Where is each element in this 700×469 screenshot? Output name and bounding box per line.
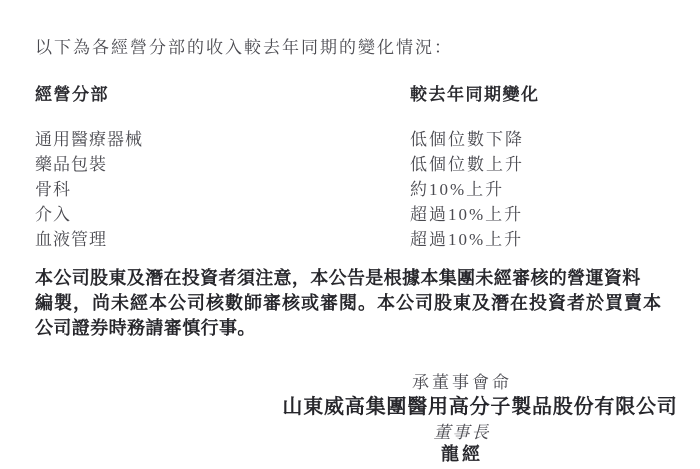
announcement-page: 以下為各經營分部的收入較去年同期的變化情況： 經營分部較去年同期變化 通用醫療器…: [0, 0, 700, 469]
signature-company-name: 山東威高集團醫用高分子製品股份有限公司: [230, 390, 700, 419]
segment-change: 超過10%上升: [410, 205, 523, 224]
table-row: 藥品包裝低個位數上升: [35, 152, 524, 177]
table-row: 介入超過10%上升: [35, 202, 524, 227]
table-header-row: 經營分部較去年同期變化: [35, 80, 540, 105]
table-row: 血液管理超過10%上升: [35, 227, 524, 252]
disclaimer-line: 公司證券時務請審慎行事。: [35, 316, 667, 341]
table-header-segment: 經營分部: [35, 80, 410, 105]
table-row: 通用醫療器械低個位數下降: [35, 127, 524, 152]
segment-name: 通用醫療器械: [35, 127, 410, 152]
signature-chairman-name: 龍經: [212, 440, 700, 466]
segment-name: 介入: [35, 202, 410, 227]
segment-table-rows: 通用醫療器械低個位數下降藥品包裝低個位數上升骨科約10%上升介入超過10%上升血…: [35, 127, 524, 252]
segment-change: 約10%上升: [410, 180, 504, 199]
table-row: 骨科約10%上升: [35, 177, 524, 202]
intro-text: 以下為各經營分部的收入較去年同期的變化情況：: [35, 33, 453, 58]
segment-change: 低個位數上升: [410, 155, 524, 174]
segment-name: 骨科: [35, 177, 410, 202]
segment-name: 血液管理: [35, 227, 410, 252]
segment-change: 低個位數下降: [410, 130, 524, 149]
disclaimer-line: 本公司股東及潛在投資者須注意，本公告是根據本集團未經審核的營運資料: [35, 266, 667, 291]
segment-change: 超過10%上升: [410, 230, 523, 249]
disclaimer-paragraph: 本公司股東及潛在投資者須注意，本公告是根據本集團未經審核的營運資料 編製，尚未經…: [35, 266, 667, 341]
disclaimer-line: 編製，尚未經本公司核數師審核或審閱。本公司股東及潛在投資者於買賣本: [35, 291, 667, 316]
table-header-change: 較去年同期變化: [410, 85, 540, 104]
segment-name: 藥品包裝: [35, 152, 410, 177]
